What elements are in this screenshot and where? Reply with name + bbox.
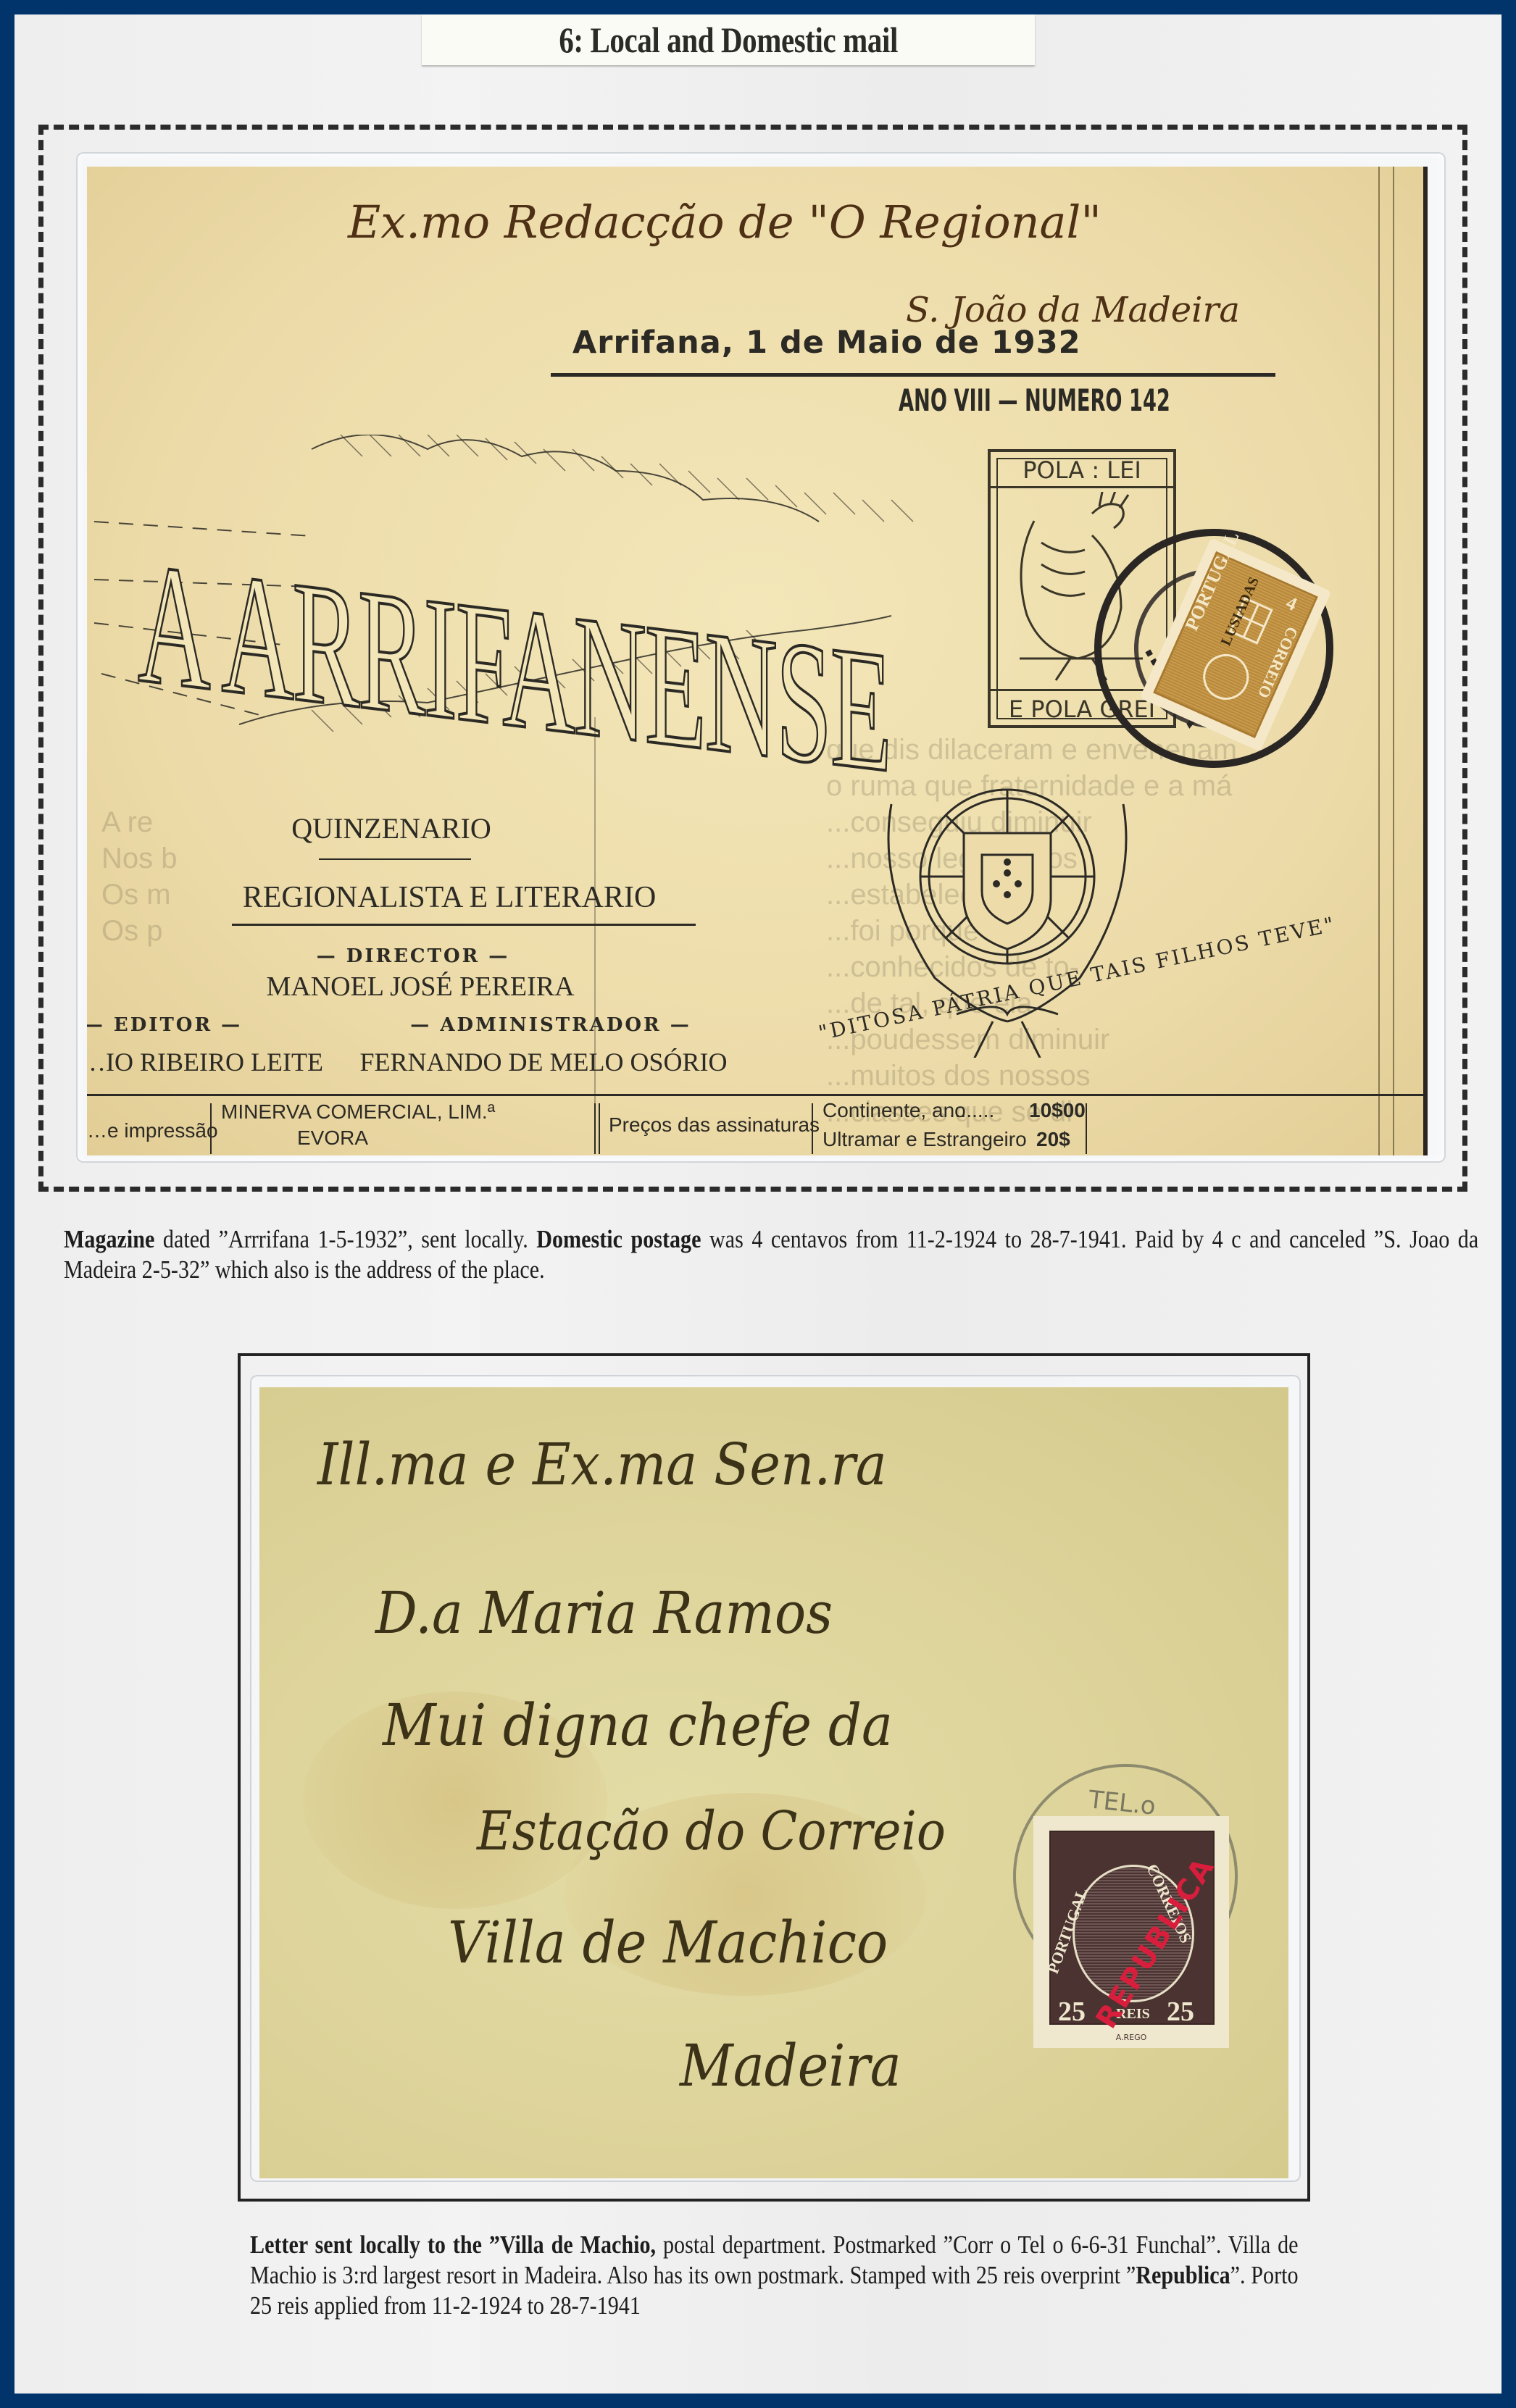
newspaper-dateline: Arrifana, 1 de Maio de 1932 bbox=[572, 325, 1081, 361]
subtitle-regionalista: REGIONALISTA E LITERARIO bbox=[188, 880, 710, 915]
stamp-value-left: 25 bbox=[1058, 1996, 1086, 2028]
vignette-top-text: POLA : LEI bbox=[991, 452, 1173, 488]
printer-name: MINERVA COMERCIAL, LIM.ª bbox=[221, 1100, 495, 1124]
portugal-25-reis-stamp: PORTUGAL CORREIOS REIS 25 25 REPUBLICA A… bbox=[1033, 1816, 1229, 2048]
rule bbox=[551, 373, 1275, 377]
show-through-text: A re Nos b Os m Os p bbox=[101, 804, 178, 949]
page-title-label: 6: Local and Domestic mail bbox=[422, 14, 1035, 65]
address-line-2: D.a Maria Ramos bbox=[375, 1579, 833, 1647]
caption1-bold-2: Domestic postage bbox=[536, 1225, 701, 1253]
address-line-3: Mui digna chefe da bbox=[383, 1692, 893, 1759]
rate-continent-label: Continente, ano bbox=[822, 1099, 966, 1122]
page-title: 6: Local and Domestic mail bbox=[559, 19, 898, 61]
administrator-name: FERNANDO DE MELO OSÓRIO bbox=[355, 1047, 732, 1077]
caption1-bold-1: Magazine bbox=[64, 1225, 154, 1253]
address-line-4: Estação do Correio bbox=[477, 1800, 946, 1863]
handwritten-address-line-1: Ex.mo Redacção de "O Regional" bbox=[348, 196, 1101, 248]
rate-overseas-label: Ultramar e Estrangeiro bbox=[822, 1128, 1027, 1151]
rate-overseas-price: 20$ bbox=[1036, 1128, 1070, 1151]
stamp-printer-imprint: A.REGO bbox=[1033, 2033, 1229, 2042]
newspaper-wrapper: que dis dilaceram e envenenam o ruma que… bbox=[87, 167, 1428, 1155]
director-label: — DIRECTOR — bbox=[268, 945, 558, 967]
stamp-value: 25 bbox=[1167, 1996, 1194, 2028]
address-line-6: Madeira bbox=[680, 2032, 901, 2099]
administrator-label: — ADMINISTRADOR — bbox=[406, 1014, 696, 1036]
editor-label: — EDITOR — bbox=[87, 1014, 246, 1036]
exhibit2-caption: Letter sent locally to the ”Villa de Mac… bbox=[250, 2230, 1299, 2321]
subtitle-quinzenario: QUINZENARIO bbox=[246, 811, 536, 845]
folded-edge-line bbox=[1393, 167, 1394, 1155]
newspaper-footer-band: …e impressão MINERVA COMERCIAL, LIM.ª EV… bbox=[87, 1094, 1423, 1155]
newspaper-issue-number: ANO VIII — NUMERO 142 bbox=[899, 382, 1170, 418]
printer-city: EVORA bbox=[297, 1126, 368, 1150]
exhibit1-caption: Magazine dated ”Arrrifana 1-5-1932”, sen… bbox=[64, 1224, 1478, 1285]
masthead-illustration: A ARRIFANENSE bbox=[94, 435, 964, 746]
subscription-label: Preços das assinaturas bbox=[609, 1113, 820, 1137]
address-line-1: Ill.ma e Ex.ma Sen.ra bbox=[317, 1431, 887, 1498]
address-line-5: Villa de Machico bbox=[448, 1909, 888, 1976]
caption2-bold-2: Republica bbox=[1136, 2261, 1230, 2289]
printing-label: …e impressão bbox=[87, 1119, 218, 1142]
director-name: MANOEL JOSÉ PEREIRA bbox=[203, 971, 638, 1003]
rate-continent-price: 10$00 bbox=[1029, 1099, 1086, 1122]
folded-edge-line bbox=[1378, 167, 1380, 1155]
envelope: Ill.ma e Ex.ma Sen.ra D.a Maria Ramos Mu… bbox=[259, 1387, 1288, 2178]
editor-name: …IO RIBEIRO LEITE bbox=[87, 1047, 319, 1077]
caption2-bold-1: Letter sent locally to the ”Villa de Mac… bbox=[250, 2231, 656, 2259]
